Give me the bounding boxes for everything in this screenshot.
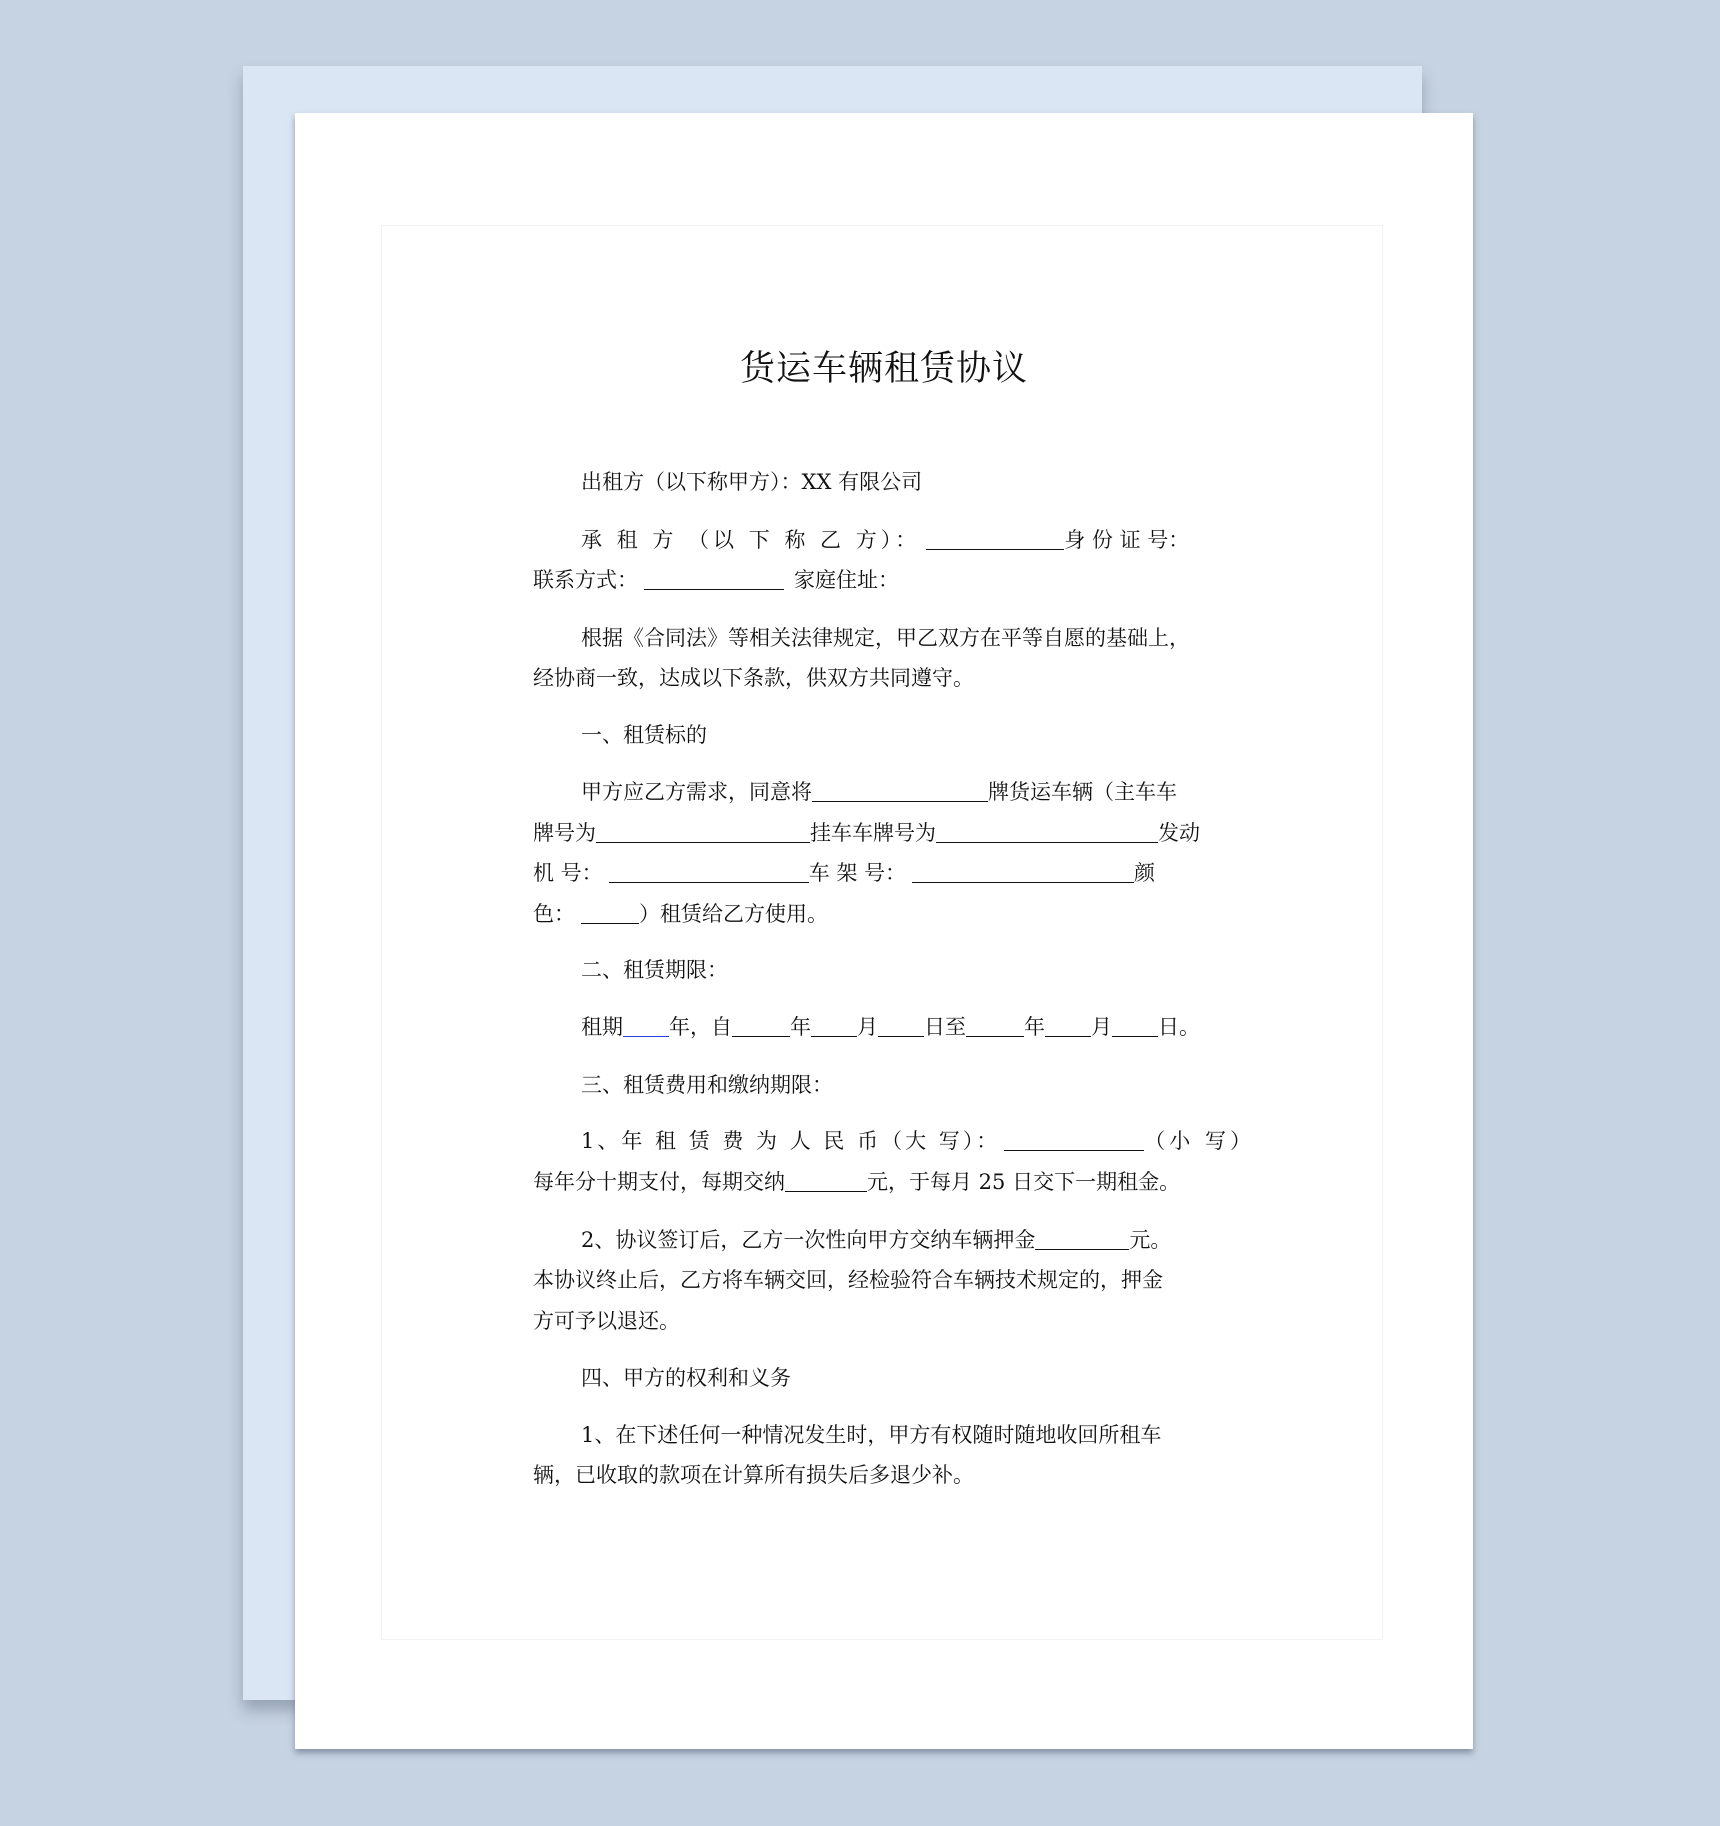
section-1-line-2: 牌号为挂车车牌号为发动 bbox=[533, 819, 1200, 847]
section-1-line-3: 机 号：车 架 号：颜 bbox=[533, 859, 1155, 887]
text: 2、协议签订后，乙方一次性向甲方交纳车辆押金 bbox=[581, 1228, 1035, 1252]
section-3-heading: 三、租赁费用和缴纳期限： bbox=[581, 1071, 833, 1099]
text: 机 号： bbox=[533, 861, 603, 885]
id-label: 身 份 证 号： bbox=[1064, 528, 1189, 552]
text: 颜 bbox=[1134, 861, 1155, 885]
document-page: 货运车辆租赁协议 出租方（以下称甲方）：XX 有限公司 承 租 方 （以 下 称… bbox=[295, 113, 1473, 1749]
rights-line-1: 1、在下述任何一种情况发生时，甲方有权随时随地收回所租车 bbox=[581, 1421, 1161, 1449]
deposit-line-2: 本协议终止后，乙方将车辆交回，经检验符合车辆技术规定的，押金 bbox=[533, 1266, 1163, 1294]
text: 月 bbox=[857, 1015, 878, 1039]
rent-line-1: 1、年 租 赁 费 为 人 民 币（大 写）：（小 写） bbox=[581, 1127, 1255, 1155]
text: （小 写） bbox=[1144, 1129, 1255, 1153]
end-day-blank[interactable] bbox=[1112, 1014, 1158, 1037]
start-day-blank[interactable] bbox=[878, 1014, 924, 1037]
text: 月 bbox=[1091, 1015, 1112, 1039]
start-year-blank[interactable] bbox=[732, 1014, 790, 1037]
end-year-blank[interactable] bbox=[966, 1014, 1024, 1037]
address-label: 家庭住址： bbox=[794, 568, 899, 592]
text: 牌号为 bbox=[533, 821, 596, 845]
main-plate-blank[interactable] bbox=[596, 820, 810, 843]
lessee-name-blank[interactable] bbox=[926, 527, 1064, 550]
text: 1、年 租 赁 费 为 人 民 币（大 写）： bbox=[581, 1129, 1000, 1153]
text: 每年分十期支付，每期交纳 bbox=[533, 1170, 785, 1194]
lessor-line: 出租方（以下称甲方）：XX 有限公司 bbox=[581, 468, 922, 496]
frame-number-blank[interactable] bbox=[912, 860, 1134, 883]
text: 元。 bbox=[1129, 1228, 1171, 1252]
contact-line: 联系方式：家庭住址： bbox=[533, 566, 899, 594]
trailer-plate-blank[interactable] bbox=[936, 820, 1158, 843]
rent-uppercase-blank[interactable] bbox=[1004, 1128, 1144, 1151]
contact-blank[interactable] bbox=[644, 567, 784, 590]
preamble-line-1: 根据《合同法》等相关法律规定，甲乙双方在平等自愿的基础上， bbox=[581, 624, 1190, 652]
deposit-blank[interactable] bbox=[1035, 1227, 1129, 1250]
text: 色： bbox=[533, 902, 575, 926]
text: 元，于每月 25 日交下一期租金。 bbox=[867, 1170, 1180, 1194]
section-2-heading: 二、租赁期限： bbox=[581, 956, 728, 984]
rent-line-2: 每年分十期支付，每期交纳元，于每月 25 日交下一期租金。 bbox=[533, 1168, 1180, 1196]
contact-label: 联系方式： bbox=[533, 568, 638, 592]
section-1-line-1: 甲方应乙方需求，同意将牌货运车辆（主车车 bbox=[581, 778, 1177, 806]
text: 发动 bbox=[1158, 821, 1200, 845]
text: 甲方应乙方需求，同意将 bbox=[581, 780, 812, 804]
text: 年，自 bbox=[669, 1015, 732, 1039]
lessee-line: 承 租 方 （以 下 称 乙 方）：身 份 证 号： bbox=[581, 526, 1189, 554]
text: 日至 bbox=[924, 1015, 966, 1039]
color-blank[interactable] bbox=[581, 901, 639, 924]
deposit-line-3: 方可予以退还。 bbox=[533, 1307, 680, 1335]
brand-blank[interactable] bbox=[812, 779, 988, 802]
lease-term-line: 租期年，自年月日至年月日。 bbox=[581, 1013, 1200, 1041]
term-years-blank[interactable] bbox=[623, 1014, 669, 1037]
rights-line-2: 辆，已收取的款项在计算所有损失后多退少补。 bbox=[533, 1461, 974, 1489]
section-4-heading: 四、甲方的权利和义务 bbox=[581, 1364, 791, 1392]
text: 车 架 号： bbox=[809, 861, 906, 885]
end-month-blank[interactable] bbox=[1045, 1014, 1091, 1037]
text: 租期 bbox=[581, 1015, 623, 1039]
text: 年 bbox=[1024, 1015, 1045, 1039]
preamble-line-2: 经协商一致，达成以下条款，供双方共同遵守。 bbox=[533, 664, 974, 692]
text: 日。 bbox=[1158, 1015, 1200, 1039]
deposit-line-1: 2、协议签订后，乙方一次性向甲方交纳车辆押金元。 bbox=[581, 1226, 1171, 1254]
text: ）租赁给乙方使用。 bbox=[639, 902, 828, 926]
lessee-label: 承 租 方 （以 下 称 乙 方）： bbox=[581, 528, 920, 552]
installment-blank[interactable] bbox=[785, 1169, 867, 1192]
text: 年 bbox=[790, 1015, 811, 1039]
document-title: 货运车辆租赁协议 bbox=[295, 341, 1473, 391]
text: 挂车车牌号为 bbox=[810, 821, 936, 845]
engine-number-blank[interactable] bbox=[609, 860, 809, 883]
section-1-line-4: 色：）租赁给乙方使用。 bbox=[533, 900, 828, 928]
start-month-blank[interactable] bbox=[811, 1014, 857, 1037]
section-1-heading: 一、租赁标的 bbox=[581, 721, 707, 749]
text: 牌货运车辆（主车车 bbox=[988, 780, 1177, 804]
